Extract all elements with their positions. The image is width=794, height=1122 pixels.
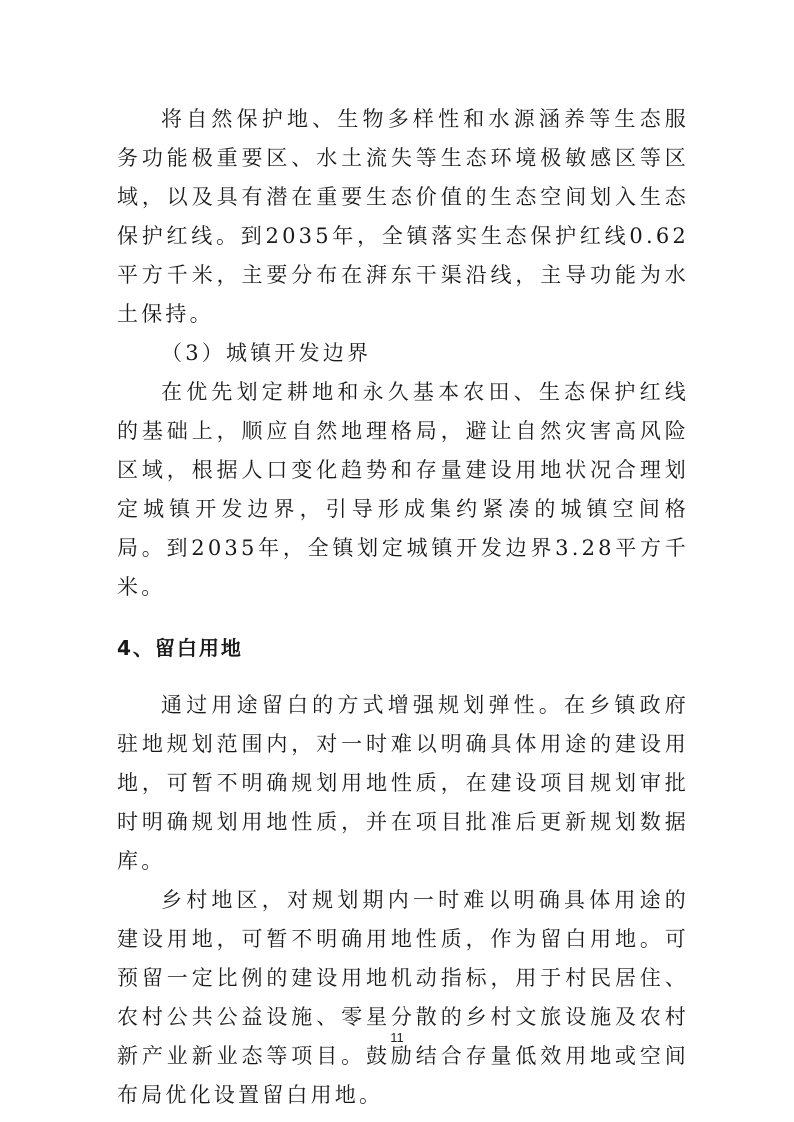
document-page: 将自然保护地、生物多样性和水源涵养等生态服务功能极重要区、水土流失等生态环境极敏… xyxy=(117,100,689,1115)
paragraph-reserved-land-town: 通过用途留白的方式增强规划弹性。在乡镇政府驻地规划范围内，对一时难以明确具体用途… xyxy=(117,686,689,881)
page-number: 11 xyxy=(0,1030,794,1045)
paragraph-ecological-redline: 将自然保护地、生物多样性和水源涵养等生态服务功能极重要区、水土流失等生态环境极敏… xyxy=(117,100,689,334)
section-heading-reserved-land: 4、留白用地 xyxy=(117,629,689,668)
paragraph-reserved-land-rural: 乡村地区，对规划期内一时难以明确具体用途的建设用地，可暂不明确用地性质，作为留白… xyxy=(117,881,689,1115)
paragraph-urban-boundary: 在优先划定耕地和永久基本农田、生态保护红线的基础上，顺应自然地理格局，避让自然灾… xyxy=(117,373,689,607)
subheading-urban-boundary: （3）城镇开发边界 xyxy=(117,334,689,373)
